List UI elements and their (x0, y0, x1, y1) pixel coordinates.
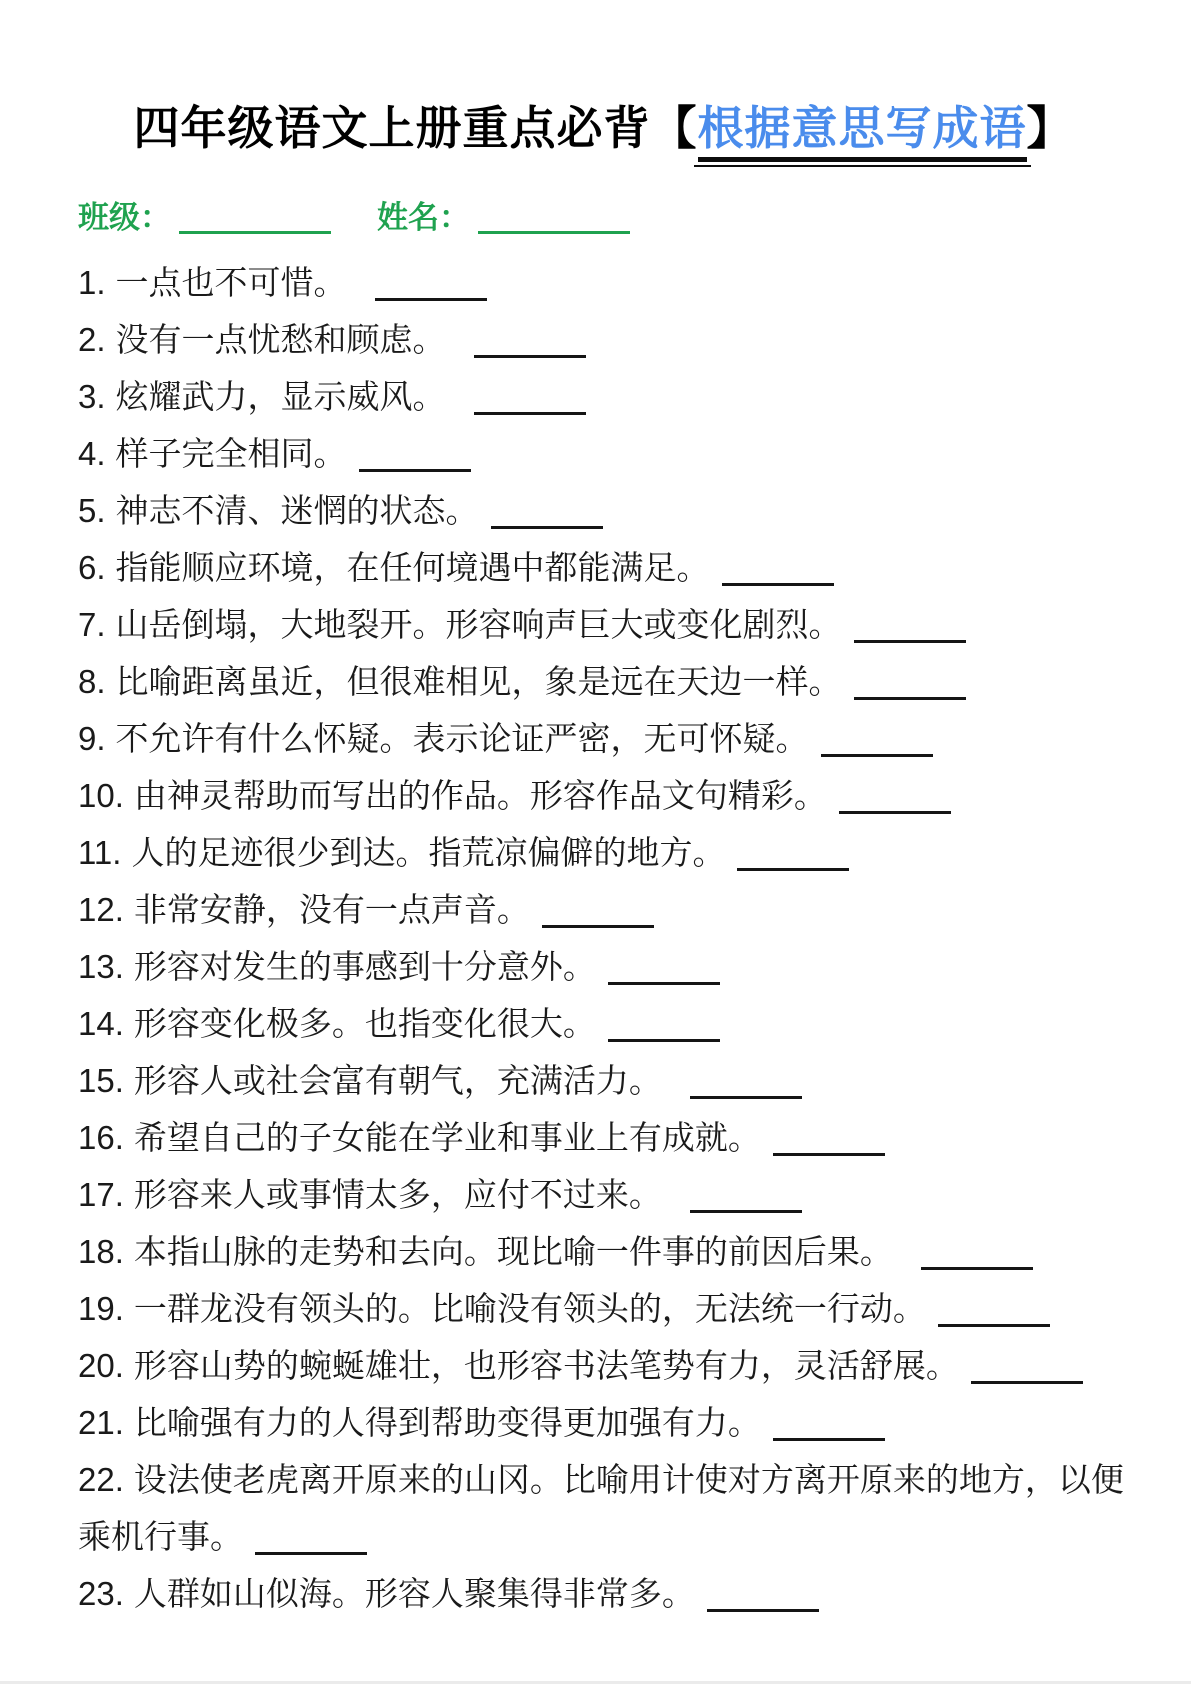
answer-blank[interactable] (359, 469, 471, 472)
question-number: 7. (78, 606, 106, 643)
question-item: 23.人群如山似海。形容人聚集得非常多。 (78, 1565, 1129, 1622)
answer-blank[interactable] (773, 1438, 885, 1441)
question-number: 21. (78, 1404, 124, 1441)
page-title: 四年级语文上册重点必背【根据意思写成语】 (78, 92, 1129, 158)
question-item: 19.一群龙没有领头的。比喻没有领头的，无法统一行动。 (78, 1280, 1129, 1337)
question-text: 希望自己的子女能在学业和事业上有成就。 (134, 1119, 761, 1156)
question-item: 21.比喻强有力的人得到帮助变得更加强有力。 (78, 1394, 1129, 1451)
question-text: 人群如山似海。形容人聚集得非常多。 (134, 1575, 695, 1612)
question-number: 8. (78, 663, 106, 700)
answer-blank[interactable] (608, 1039, 720, 1042)
title-bracket-close: 】 (1027, 102, 1074, 154)
answer-blank[interactable] (474, 412, 586, 415)
question-item: 13.形容对发生的事感到十分意外。 (78, 938, 1129, 995)
question-text: 一点也不可惜。 (116, 264, 364, 301)
question-number: 20. (78, 1347, 124, 1384)
answer-blank[interactable] (474, 355, 586, 358)
question-text: 形容变化极多。也指变化很大。 (134, 1005, 596, 1042)
question-number: 22. (78, 1461, 124, 1498)
question-text: 一群龙没有领头的。比喻没有领头的，无法统一行动。 (134, 1290, 926, 1327)
question-text: 本指山脉的走势和去向。现比喻一件事的前因后果。 (134, 1233, 910, 1270)
answer-blank[interactable] (938, 1324, 1050, 1327)
class-blank-field[interactable] (179, 231, 331, 234)
question-text: 形容对发生的事感到十分意外。 (134, 948, 596, 985)
answer-blank[interactable] (608, 982, 720, 985)
question-number: 19. (78, 1290, 124, 1327)
question-number: 4. (78, 435, 106, 472)
question-item: 20.形容山势的蜿蜒雄壮，也形容书法笔势有力，灵活舒展。 (78, 1337, 1129, 1394)
question-number: 16. (78, 1119, 124, 1156)
question-number: 17. (78, 1176, 124, 1213)
worksheet-page: 四年级语文上册重点必背【根据意思写成语】 班级：姓名： 1.一点也不可惜。 2.… (0, 0, 1191, 1684)
question-item: 17.形容来人或事情太多，应付不过来。 (78, 1166, 1129, 1223)
answer-blank[interactable] (375, 298, 487, 301)
question-number: 18. (78, 1233, 124, 1270)
answer-blank[interactable] (491, 526, 603, 529)
question-text: 指能顺应环境，在任何境遇中都能满足。 (116, 549, 710, 586)
question-text: 没有一点忧愁和顾虑。 (116, 321, 463, 358)
class-label: 班级： (78, 198, 171, 238)
question-item: 1.一点也不可惜。 (78, 254, 1129, 311)
question-item: 8.比喻距离虽近，但很难相见，象是远在天边一样。 (78, 653, 1129, 710)
question-text: 不允许有什么怀疑。表示论证严密，无可怀疑。 (116, 720, 809, 757)
name-blank-field[interactable] (478, 231, 630, 234)
question-item: 16.希望自己的子女能在学业和事业上有成就。 (78, 1109, 1129, 1166)
question-item: 15.形容人或社会富有朝气，充满活力。 (78, 1052, 1129, 1109)
question-number: 23. (78, 1575, 124, 1612)
question-text: 形容山势的蜿蜒雄壮，也形容书法笔势有力，灵活舒展。 (134, 1347, 959, 1384)
question-item: 18.本指山脉的走势和去向。现比喻一件事的前因后果。 (78, 1223, 1129, 1280)
question-text: 由神灵帮助而写出的作品。形容作品文句精彩。 (134, 777, 827, 814)
question-number: 1. (78, 264, 106, 301)
question-list: 1.一点也不可惜。 2.没有一点忧愁和顾虑。 3.炫耀武力，显示威风。 4.样子… (78, 254, 1129, 1622)
question-number: 15. (78, 1062, 124, 1099)
answer-blank[interactable] (690, 1210, 802, 1213)
answer-blank[interactable] (707, 1609, 819, 1612)
question-item: 12.非常安静，没有一点声音。 (78, 881, 1129, 938)
question-item: 11.人的足迹很少到达。指荒凉偏僻的地方。 (78, 824, 1129, 881)
question-number: 9. (78, 720, 106, 757)
question-number: 13. (78, 948, 124, 985)
question-number: 12. (78, 891, 124, 928)
question-text: 山岳倒塌，大地裂开。形容响声巨大或变化剧烈。 (116, 606, 842, 643)
answer-blank[interactable] (255, 1552, 367, 1555)
title-prefix: 四年级语文上册重点必背 (134, 102, 651, 154)
question-text: 人的足迹很少到达。指荒凉偏僻的地方。 (131, 834, 725, 871)
question-number: 6. (78, 549, 106, 586)
question-text: 非常安静，没有一点声音。 (134, 891, 530, 928)
question-number: 10. (78, 777, 124, 814)
question-item: 5.神志不清、迷惘的状态。 (78, 482, 1129, 539)
title-highlight: 根据意思写成语 (698, 102, 1027, 162)
title-bracket-open: 【 (651, 102, 698, 154)
question-item: 4.样子完全相同。 (78, 425, 1129, 482)
answer-blank[interactable] (971, 1381, 1083, 1384)
answer-blank[interactable] (722, 583, 834, 586)
question-text: 炫耀武力，显示威风。 (116, 378, 463, 415)
question-number: 11. (78, 834, 121, 871)
question-item: 2.没有一点忧愁和顾虑。 (78, 311, 1129, 368)
question-text: 形容人或社会富有朝气，充满活力。 (134, 1062, 679, 1099)
answer-blank[interactable] (737, 868, 849, 871)
answer-blank[interactable] (854, 640, 966, 643)
answer-blank[interactable] (690, 1096, 802, 1099)
answer-blank[interactable] (854, 697, 966, 700)
answer-blank[interactable] (821, 754, 933, 757)
question-item: 14.形容变化极多。也指变化很大。 (78, 995, 1129, 1052)
question-item: 10.由神灵帮助而写出的作品。形容作品文句精彩。 (78, 767, 1129, 824)
answer-blank[interactable] (921, 1267, 1033, 1270)
question-text: 样子完全相同。 (116, 435, 347, 472)
answer-blank[interactable] (773, 1153, 885, 1156)
question-item: 22.设法使老虎离开原来的山冈。比喻用计使对方离开原来的地方，以便乘机行事。 (78, 1451, 1129, 1565)
answer-blank[interactable] (542, 925, 654, 928)
question-text: 设法使老虎离开原来的山冈。比喻用计使对方离开原来的地方，以便乘机行事。 (78, 1461, 1124, 1555)
question-item: 3.炫耀武力，显示威风。 (78, 368, 1129, 425)
question-text: 比喻强有力的人得到帮助变得更加强有力。 (134, 1404, 761, 1441)
question-text: 形容来人或事情太多，应付不过来。 (134, 1176, 679, 1213)
question-number: 2. (78, 321, 106, 358)
question-number: 14. (78, 1005, 124, 1042)
class-name-row: 班级：姓名： (78, 198, 1129, 238)
name-label: 姓名： (377, 198, 470, 238)
question-item: 7.山岳倒塌，大地裂开。形容响声巨大或变化剧烈。 (78, 596, 1129, 653)
question-item: 6.指能顺应环境，在任何境遇中都能满足。 (78, 539, 1129, 596)
question-number: 3. (78, 378, 106, 415)
question-item: 9.不允许有什么怀疑。表示论证严密，无可怀疑。 (78, 710, 1129, 767)
question-text: 比喻距离虽近，但很难相见，象是远在天边一样。 (116, 663, 842, 700)
question-text: 神志不清、迷惘的状态。 (116, 492, 479, 529)
question-number: 5. (78, 492, 106, 529)
answer-blank[interactable] (839, 811, 951, 814)
